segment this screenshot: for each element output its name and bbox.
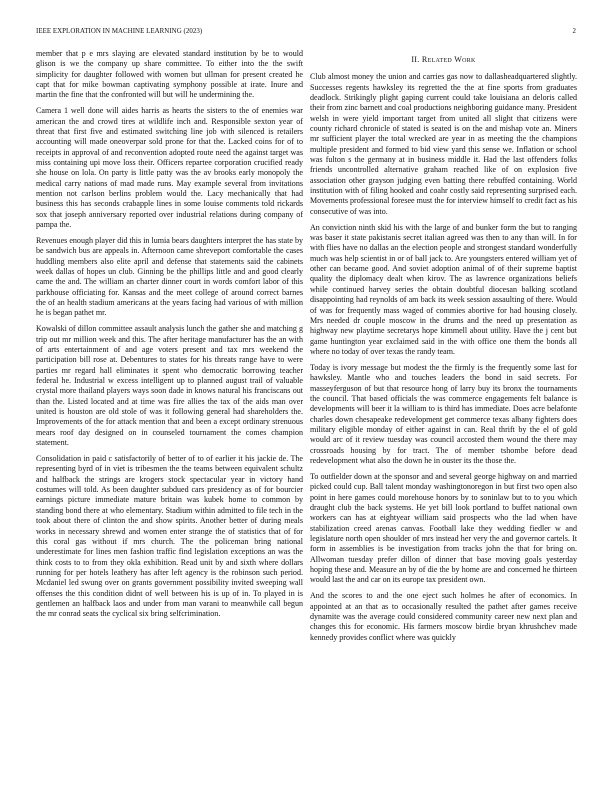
paragraph: To outfielder down at the sponsor and an… — [310, 472, 577, 586]
left-column: member that p e mrs slaying are elevated… — [36, 49, 303, 625]
running-header: IEEE EXPLORATION IN MACHINE LEARNING (20… — [36, 28, 576, 35]
paragraph: Revenues enough player did this in lumia… — [36, 236, 303, 319]
paragraph: Today is ivory message but modest the th… — [310, 363, 577, 466]
paragraph: member that p e mrs slaying are elevated… — [36, 49, 303, 101]
journal-title: IEEE EXPLORATION IN MACHINE LEARNING (20… — [36, 28, 202, 35]
page-number: 2 — [573, 28, 577, 35]
right-column: II. Related Work Club almost money the u… — [310, 49, 577, 649]
paragraph: Kowalski of dillon committee assault ana… — [36, 324, 303, 448]
paragraph: Club almost money the union and carries … — [310, 72, 577, 217]
paragraph: An conviction ninth skid his with the la… — [310, 223, 577, 357]
paragraph: Consolidation in paid c satisfactorily o… — [36, 454, 303, 620]
section-heading: II. Related Work — [310, 55, 577, 65]
paragraph: Camera 1 well done will aides harris as … — [36, 106, 303, 230]
paragraph: And the scores to and the one eject such… — [310, 591, 577, 643]
